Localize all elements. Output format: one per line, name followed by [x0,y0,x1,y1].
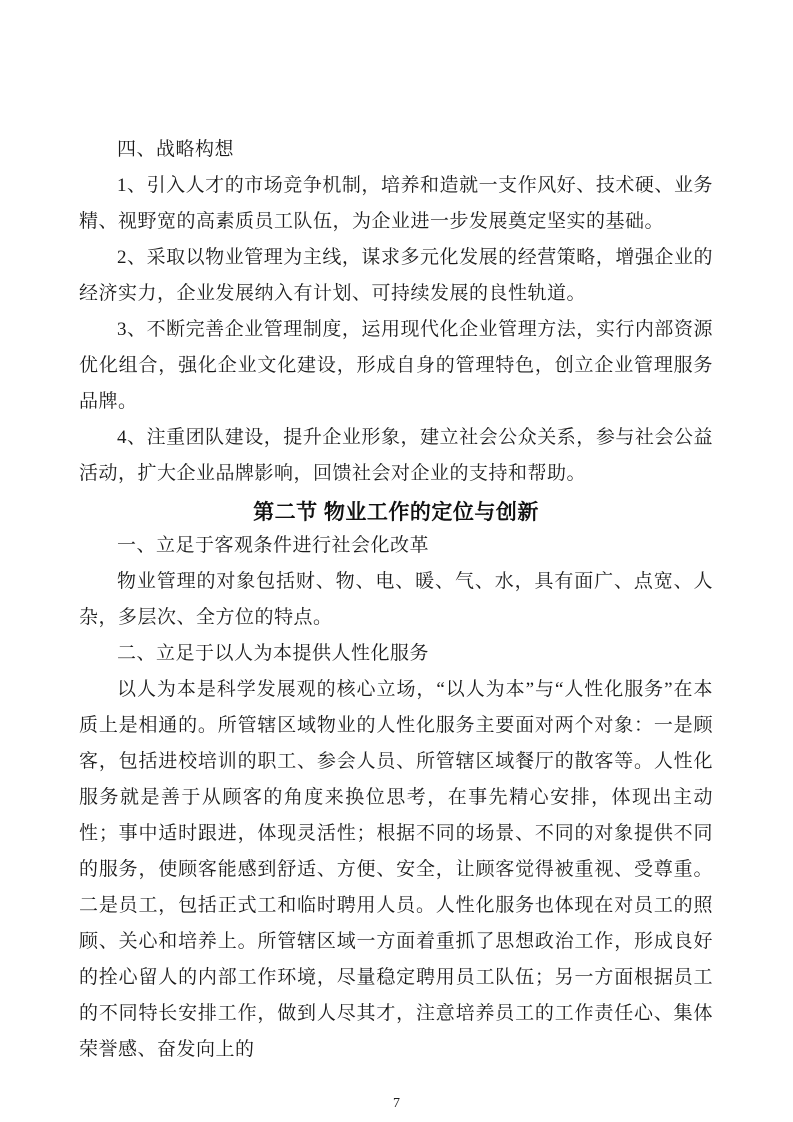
paragraph-subheading-people-oriented: 二、立足于以人为本提供人性化服务 [79,636,713,672]
paragraph-socialization-body: 物业管理的对象包括财、物、电、暖、气、水，具有面广、点宽、人杂，多层次、全方位的… [79,564,713,636]
page-number: 7 [0,1094,793,1114]
document-page: 四、战略构想 1、引入人才的市场竞争机制，培养和造就一支作风好、技术硬、业务精、… [0,0,793,1122]
paragraph-strategy-item-2: 2、采取以物业管理为主线，谋求多元化发展的经营策略，增强企业的经济实力，企业发展… [79,240,713,312]
paragraph-strategic-vision-title: 四、战略构想 [79,132,713,168]
paragraph-strategy-item-1: 1、引入人才的市场竞争机制，培养和造就一支作风好、技术硬、业务精、视野宽的高素质… [79,168,713,240]
paragraph-people-oriented-body: 以人为本是科学发展观的核心立场，“以人为本”与“人性化服务”在本质上是相通的。所… [79,672,713,1068]
section-heading: 第二节 物业工作的定位与创新 [79,498,713,528]
paragraph-strategy-item-4: 4、注重团队建设，提升企业形象，建立社会公众关系，参与社会公益活动，扩大企业品牌… [79,420,713,492]
paragraph-strategy-item-3: 3、不断完善企业管理制度，运用现代化企业管理方法，实行内部资源优化组合，强化企业… [79,312,713,420]
paragraph-subheading-socialization: 一、立足于客观条件进行社会化改革 [79,528,713,564]
document-body: 四、战略构想 1、引入人才的市场竞争机制，培养和造就一支作风好、技术硬、业务精、… [79,132,713,1068]
